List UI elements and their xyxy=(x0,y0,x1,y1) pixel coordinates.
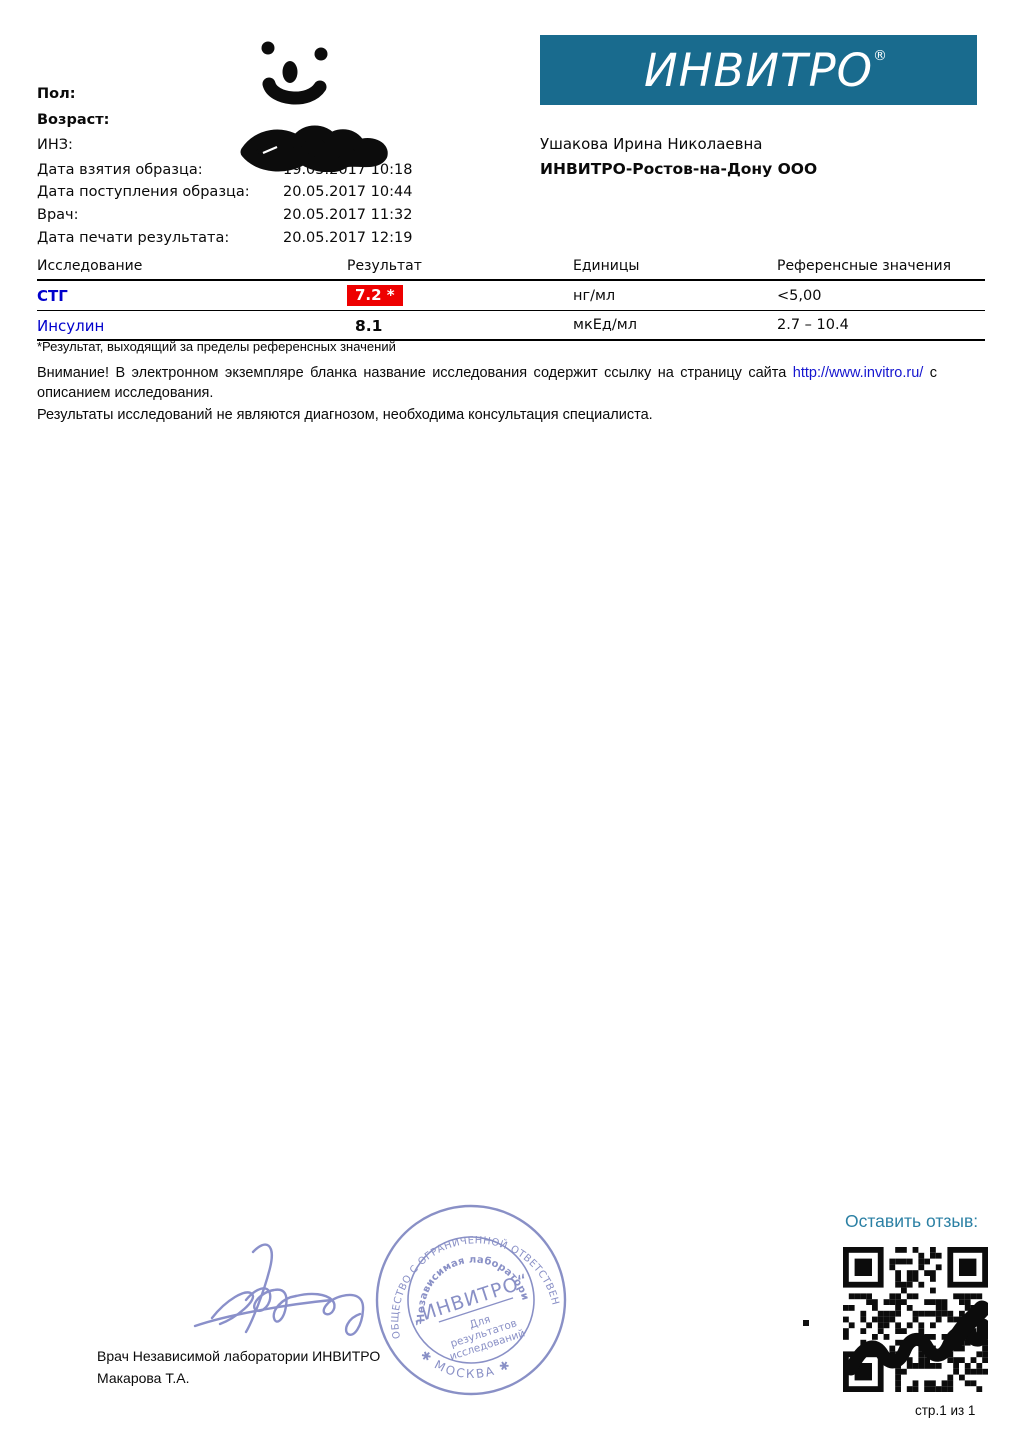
info-row-inz: ИНЗ: xyxy=(37,137,73,153)
table-row: Инсулин 8.1 мкЕд/мл 2.7 – 10.4 xyxy=(37,311,985,341)
disclaimer-notice: Результаты исследований не являются диаг… xyxy=(37,407,937,423)
svg-text:ОБЩЕСТВО С ОГРАНИЧЕННОЙ ОТВЕТС: ОБЩЕСТВО С ОГРАНИЧЕННОЙ ОТВЕТСТВЕННОСТЬЮ… xyxy=(372,1201,561,1350)
doctor-title: Врач Независимой лаборатории ИНВИТРО xyxy=(97,1345,380,1367)
invitro-site-link[interactable]: http://www.invitro.ru/ xyxy=(793,365,924,381)
col-header-result: Результат xyxy=(347,258,573,280)
doctor-name: Макарова Т.А. xyxy=(97,1367,380,1389)
review-qr-code xyxy=(843,1247,988,1392)
test-link-stg[interactable]: СТГ xyxy=(37,287,68,305)
office-name: ИНВИТРО-Ростов-на-Дону ООО xyxy=(540,160,817,178)
registered-mark: ® xyxy=(873,48,887,64)
review-label: Оставить отзыв: xyxy=(845,1211,978,1232)
results-table: Исследование Результат Единицы Референсн… xyxy=(37,258,985,341)
doctor-block: Врач Независимой лаборатории ИНВИТРО Мак… xyxy=(97,1345,380,1389)
redaction-scribble xyxy=(233,120,393,172)
units-value: мкЕд/мл xyxy=(573,311,777,341)
lab-stamp: ОБЩЕСТВО С ОГРАНИЧЕННОЙ ОТВЕТСТВЕННОСТЬЮ… xyxy=(372,1201,570,1399)
attention-notice: Внимание! В электронном экземпляре бланк… xyxy=(37,363,937,403)
info-row-sample-taken: Дата взятия образца:19.05.2017 10:18 xyxy=(37,162,203,178)
flagged-result-value: 7.2 * xyxy=(347,285,403,306)
patient-name: Ушакова Ирина Николаевна xyxy=(540,135,762,153)
info-row-sample-received: Дата поступления образца:20.05.2017 10:4… xyxy=(37,184,250,200)
table-header-row: Исследование Результат Единицы Референсн… xyxy=(37,258,985,280)
info-row-age: Возраст: xyxy=(37,112,109,128)
reference-footnote: *Результат, выходящий за пределы референ… xyxy=(37,339,396,354)
col-header-test: Исследование xyxy=(37,258,347,280)
units-value: нг/мл xyxy=(573,280,777,311)
lab-report-page: ИНВИТРО® Ушакова Ирина Николаевна ИНВИТР… xyxy=(0,0,1024,1448)
col-header-units: Единицы xyxy=(573,258,777,280)
table-row: СТГ 7.2 * нг/мл <5,00 xyxy=(37,280,985,311)
reference-value: <5,00 xyxy=(777,280,985,311)
col-header-reference: Референсные значения xyxy=(777,258,985,280)
test-link-insulin[interactable]: Инсулин xyxy=(37,317,104,335)
smiley-doodle xyxy=(230,35,335,107)
info-row-print-date: Дата печати результата:20.05.2017 12:19 xyxy=(37,230,229,246)
info-row-doctor: Врач:20.05.2017 11:32 xyxy=(37,207,79,223)
stamp-ring-text: ОБЩЕСТВО С ОГРАНИЧЕННОЙ ОТВЕТСТВЕННОСТЬЮ… xyxy=(372,1201,561,1350)
result-value: 8.1 xyxy=(347,317,382,335)
page-number: стр.1 из 1 xyxy=(915,1403,975,1418)
stray-mark xyxy=(803,1320,809,1326)
reference-value: 2.7 – 10.4 xyxy=(777,311,985,341)
info-row-sex: Пол: xyxy=(37,86,76,102)
invitro-logo: ИНВИТРО® xyxy=(630,48,887,93)
doctor-signature xyxy=(190,1230,390,1350)
brand-banner: ИНВИТРО® xyxy=(540,35,977,105)
